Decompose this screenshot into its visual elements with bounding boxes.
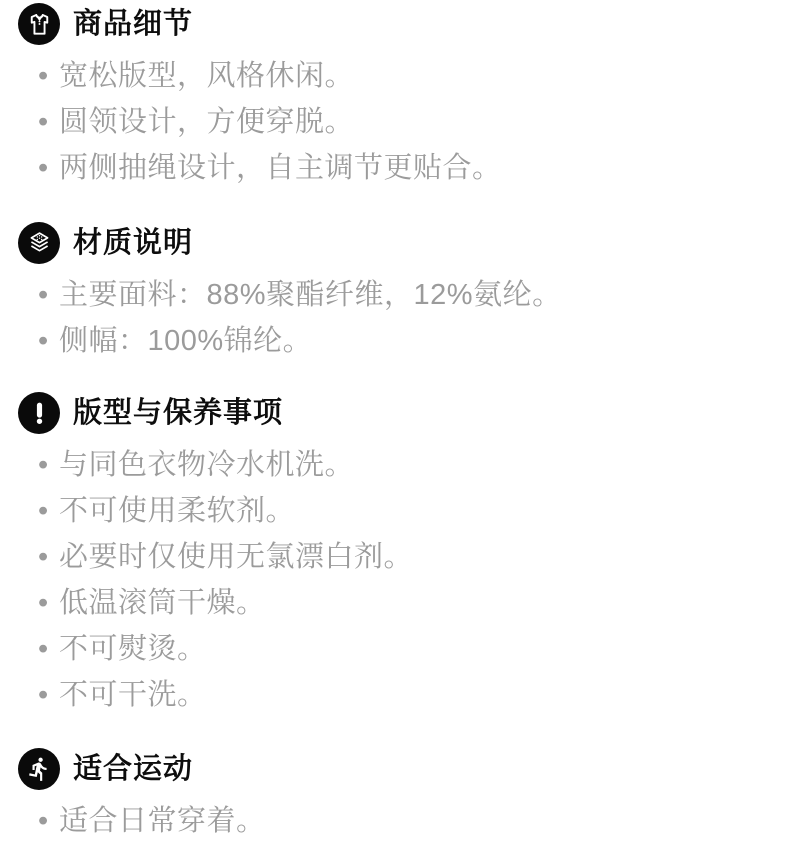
bullet-item: 两侧抽绳设计，自主调节更贴合。 (18, 145, 770, 191)
bullet-item: 低温滚筒干燥。 (18, 580, 770, 626)
bullet-item: 必要时仅使用无氯漂白剂。 (18, 534, 770, 580)
exclamation-icon (18, 392, 60, 434)
section-header: 商品细节 (18, 3, 770, 45)
bullet-item: 适合日常穿着。 (18, 798, 770, 844)
bullet-list: 适合日常穿着。 (18, 798, 770, 844)
section-title: 适合运动 (73, 755, 193, 784)
section-header: 适合运动 (18, 748, 770, 790)
bullet-item: 宽松版型，风格休闲。 (18, 53, 770, 99)
bullet-item: 不可干洗。 (18, 672, 770, 718)
runner-icon (18, 748, 60, 790)
section-title: 版型与保养事项 (73, 399, 283, 428)
bullet-item: 侧幅：100%锦纶。 (18, 318, 770, 364)
section-header: 版型与保养事项 (18, 392, 770, 434)
section-care: 版型与保养事项 与同色衣物冷水机洗。 不可使用柔软剂。 必要时仅使用无氯漂白剂。… (18, 392, 770, 718)
product-detail-page: 商品细节 宽松版型，风格休闲。 圆领设计，方便穿脱。 两侧抽绳设计，自主调节更贴… (18, 3, 770, 844)
bullet-list: 与同色衣物冷水机洗。 不可使用柔软剂。 必要时仅使用无氯漂白剂。 低温滚筒干燥。… (18, 442, 770, 718)
section-product-details: 商品细节 宽松版型，风格休闲。 圆领设计，方便穿脱。 两侧抽绳设计，自主调节更贴… (18, 3, 770, 191)
bullet-item: 不可熨烫。 (18, 626, 770, 672)
section-material: 材质说明 主要面料：88%聚酯纤维，12%氨纶。 侧幅：100%锦纶。 (18, 222, 770, 364)
bullet-item: 不可使用柔软剂。 (18, 488, 770, 534)
fabric-layers-icon (18, 222, 60, 264)
section-title: 商品细节 (73, 10, 193, 39)
tshirt-icon (18, 3, 60, 45)
section-title: 材质说明 (73, 229, 193, 258)
bullet-item: 主要面料：88%聚酯纤维，12%氨纶。 (18, 272, 770, 318)
section-activity: 适合运动 适合日常穿着。 (18, 748, 770, 844)
bullet-list: 主要面料：88%聚酯纤维，12%氨纶。 侧幅：100%锦纶。 (18, 272, 770, 364)
bullet-item: 与同色衣物冷水机洗。 (18, 442, 770, 488)
bullet-list: 宽松版型，风格休闲。 圆领设计，方便穿脱。 两侧抽绳设计，自主调节更贴合。 (18, 53, 770, 191)
bullet-item: 圆领设计，方便穿脱。 (18, 99, 770, 145)
section-header: 材质说明 (18, 222, 770, 264)
